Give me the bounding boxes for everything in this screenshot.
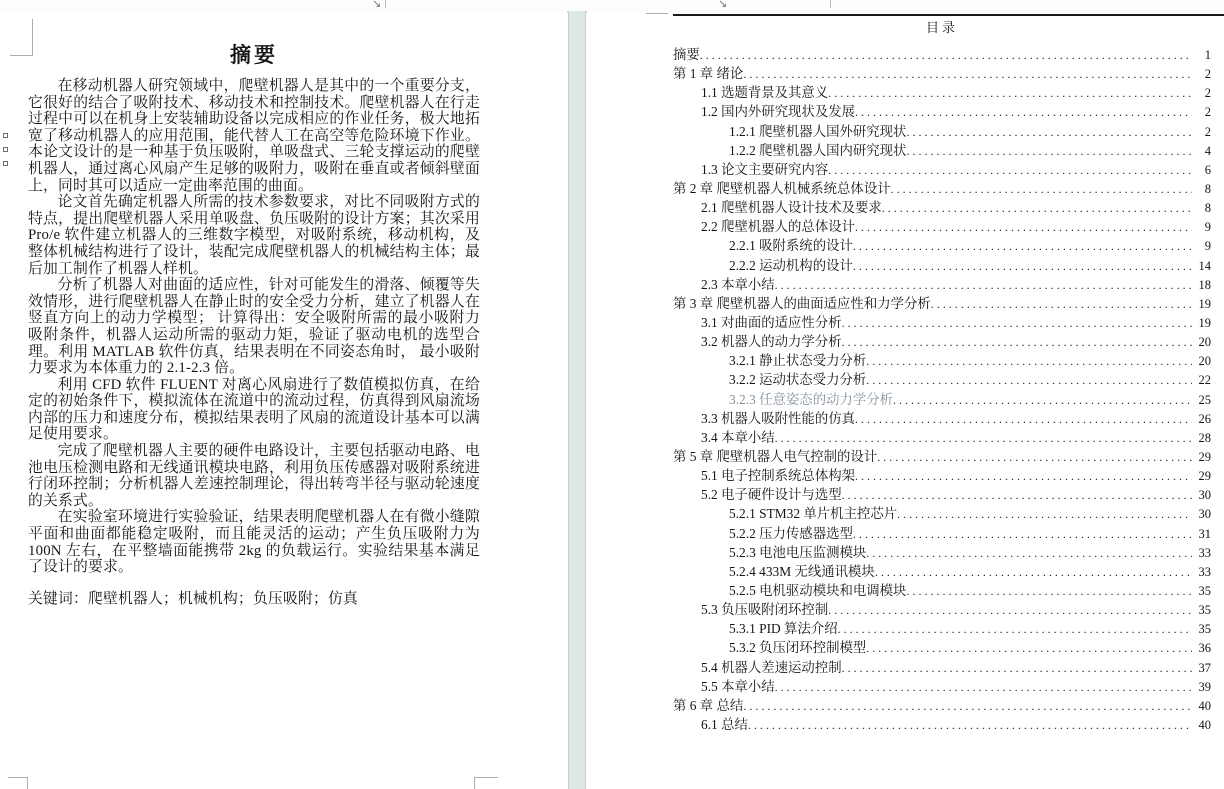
toc-entry-label: 2.2.1 吸附系统的设计 (729, 236, 853, 255)
toc-entry-label: 3.2.2 运动状态受力分析 (729, 370, 866, 389)
toc-entry-label: 2.2 爬壁机器人的总体设计 (701, 217, 855, 236)
toc-dot-leader (828, 84, 1192, 103)
abstract-content: 摘要 在移动机器人研究领域中，爬壁机器人是其中的一个重要分支，它很好的结合了吸附… (28, 29, 480, 607)
toc-entry[interactable]: 2.2.1 吸附系统的设计 9 (673, 236, 1211, 255)
toc-entry-label: 1.2.1 爬壁机器人国外研究现状 (729, 122, 906, 141)
toc-dot-leader (877, 448, 1192, 467)
page-gap (568, 11, 586, 789)
toc-entry-page: 1 (1192, 46, 1211, 65)
toc-title: 目录 (673, 17, 1211, 36)
crop-mark-bottom-right-h (474, 777, 498, 778)
toc-entry[interactable]: 3.2.3 任意姿态的动力学分析 25 (673, 390, 1211, 409)
toc-entry[interactable]: 1.2 国内外研究现状及发展 2 (673, 102, 1211, 121)
toc-dot-leader (838, 620, 1192, 639)
toc-entry[interactable]: 3.3 机器人吸附性能的仿真 26 (673, 409, 1211, 428)
toc-dot-leader (842, 314, 1192, 333)
toc-entry-page: 29 (1192, 448, 1211, 467)
toc-entry-page: 6 (1192, 161, 1211, 180)
toc-entry-label: 5.1 电子控制系统总体构架 (701, 466, 855, 485)
toc-entry-label: 1.3 论文主要研究内容 (701, 160, 828, 179)
toc-entry-page: 28 (1192, 429, 1211, 448)
toc-dot-leader (748, 716, 1192, 735)
toc-dot-leader (931, 295, 1192, 314)
toc-entry-label: 第 3 章 爬壁机器人的曲面适应性和力学分析 (673, 294, 931, 313)
toc-entry[interactable]: 2.2 爬壁机器人的总体设计 9 (673, 217, 1211, 236)
toc-entry-label: 5.2.4 433M 无线通讯模块 (729, 562, 875, 581)
abstract-paragraph: 完成了爬壁机器人主要的硬件电路设计，主要包括驱动电路、电池电压检测电路和无线通讯… (28, 443, 480, 509)
toc-entry-page: 2 (1192, 103, 1211, 122)
toc-entry-page: 33 (1192, 544, 1211, 563)
toc-entry-label: 3.2.1 静止状态受力分析 (729, 351, 866, 370)
toc-entry[interactable]: 5.3.1 PID 算法介绍 35 (673, 619, 1211, 638)
document-canvas: ↘ ↘ 摘要 在移动机器人研究领域中，爬壁机器人是其中的一个重要分支，它很好的结… (0, 0, 1224, 789)
toc-entry[interactable]: 1.1 选题背景及其意义 2 (673, 83, 1211, 102)
abstract-paragraph: 在移动机器人研究领域中，爬壁机器人是其中的一个重要分支，它很好的结合了吸附技术、… (28, 78, 480, 194)
text-boundary-tick (385, 0, 386, 8)
toc-dot-leader (828, 601, 1192, 620)
toc-page[interactable]: 目录 摘要 1 第 1 章 绪论 2 1.1 选题背景及其意义 2 1.2 国内… (587, 11, 1224, 789)
toc-dot-leader (891, 180, 1192, 199)
toc-entry-label: 3.1 对曲面的适应性分析 (701, 313, 842, 332)
crop-mark-top-left-h (646, 13, 668, 14)
toc-entry-label: 3.3 机器人吸附性能的仿真 (701, 409, 855, 428)
toc-dot-leader (775, 276, 1192, 295)
toc-entry[interactable]: 1.2.1 爬壁机器人国外研究现状 2 (673, 122, 1211, 141)
crop-mark-bottom-left-v (27, 777, 28, 789)
toc-entry[interactable]: 第 2 章 爬壁机器人机械系统总体设计 8 (673, 179, 1211, 198)
toc-header-rule (673, 14, 1224, 16)
toc-dot-leader (743, 65, 1192, 84)
toc-entry-label: 5.2.2 压力传感器选型 (729, 524, 853, 543)
toc-entry[interactable]: 第 3 章 爬壁机器人的曲面适应性和力学分析 19 (673, 294, 1211, 313)
toc-entry-page: 31 (1192, 525, 1211, 544)
toc-entry-label: 1.2.2 爬壁机器人国内研究现状 (729, 141, 906, 160)
toc-entry-page: 37 (1192, 659, 1211, 678)
toc-entry-page: 40 (1192, 716, 1211, 735)
toc-entry-label: 3.2.3 任意姿态的动力学分析 (729, 390, 893, 409)
abstract-paragraph: 利用 CFD 软件 FLUENT 对离心风扇进行了数值模拟仿真，在给定的初始条件… (28, 377, 480, 443)
toc-entry[interactable]: 5.3.2 负压闭环控制模型 36 (673, 638, 1211, 657)
toc-entry-page: 30 (1192, 505, 1211, 524)
toc-entry-label: 3.2 机器人的动力学分析 (701, 332, 842, 351)
toc-entry[interactable]: 5.4 机器人差速运动控制 37 (673, 658, 1211, 677)
toc-dot-leader (853, 257, 1192, 276)
toc-entry[interactable]: 5.2.2 压力传感器选型 31 (673, 524, 1211, 543)
toc-dot-leader (743, 697, 1192, 716)
toc-entry-label: 6.1 总结 (701, 715, 748, 734)
toc-entry[interactable]: 第 6 章 总结 40 (673, 696, 1211, 715)
toc-entry[interactable]: 5.2.4 433M 无线通讯模块 33 (673, 562, 1211, 581)
toc-dot-leader (842, 659, 1192, 678)
toc-entry[interactable]: 第 5 章 爬壁机器人电气控制的设计 29 (673, 447, 1211, 466)
toc-entry-label: 1.1 选题背景及其意义 (701, 83, 828, 102)
toc-dot-leader (866, 639, 1192, 658)
page-break-arrow-icon: ↘ (718, 0, 727, 10)
toc-dot-leader (775, 429, 1192, 448)
toc-entry-label: 5.2 电子硬件设计与选型 (701, 485, 842, 504)
toc-entry-page: 26 (1192, 410, 1211, 429)
toc-entry-page: 19 (1192, 295, 1211, 314)
toc-content: 目录 摘要 1 第 1 章 绪论 2 1.1 选题背景及其意义 2 1.2 国内… (673, 14, 1211, 734)
toc-entry[interactable]: 5.1 电子控制系统总体构架 29 (673, 466, 1211, 485)
toc-entry[interactable]: 2.1 爬壁机器人设计技术及要求 8 (673, 198, 1211, 217)
toc-dot-leader (855, 218, 1192, 237)
toc-dot-leader (700, 46, 1192, 65)
abstract-paragraph: 论文首先确定机器人所需的技术参数要求，对比不同吸附方式的特点，提出爬壁机器人采用… (28, 194, 480, 277)
toc-entry-page: 2 (1192, 65, 1211, 84)
toc-entry-label: 第 1 章 绪论 (673, 64, 743, 83)
toc-entry-label: 5.4 机器人差速运动控制 (701, 658, 842, 677)
toc-entry-page: 33 (1192, 563, 1211, 582)
toc-dot-leader (897, 505, 1192, 524)
toc-entry-label: 5.2.5 电机驱动模块和电调模块 (729, 581, 906, 600)
toc-entry-label: 5.3.2 负压闭环控制模型 (729, 638, 866, 657)
toc-entry-page: 9 (1192, 237, 1211, 256)
toc-dot-leader (855, 103, 1192, 122)
toc-dot-leader (853, 525, 1192, 544)
toc-entry[interactable]: 6.1 总结 40 (673, 715, 1211, 734)
toc-dot-leader (775, 678, 1192, 697)
keywords-line: 关键词：爬壁机器人；机械机构；负压吸附；仿真 (28, 591, 480, 608)
toc-entry[interactable]: 1.2.2 爬壁机器人国内研究现状 4 (673, 141, 1211, 160)
toc-entry-label: 第 5 章 爬壁机器人电气控制的设计 (673, 447, 877, 466)
toc-dot-leader (882, 199, 1192, 218)
toc-entry-label: 2.1 爬壁机器人设计技术及要求 (701, 198, 882, 217)
toc-entry[interactable]: 摘要 1 (673, 45, 1211, 64)
anchor-square-icon (3, 133, 8, 138)
toc-dot-leader (828, 161, 1192, 180)
toc-entry-page: 9 (1192, 218, 1211, 237)
toc-entry-page: 18 (1192, 276, 1211, 295)
toc-entry-page: 35 (1192, 582, 1211, 601)
crop-mark-bottom-right-v (474, 777, 475, 789)
toc-list: 摘要 1 第 1 章 绪论 2 1.1 选题背景及其意义 2 1.2 国内外研究… (673, 45, 1211, 734)
toc-entry[interactable]: 第 1 章 绪论 2 (673, 64, 1211, 83)
toc-entry[interactable]: 5.2.1 STM32 单片机主控芯片 30 (673, 504, 1211, 523)
toc-entry-label: 第 2 章 爬壁机器人机械系统总体设计 (673, 179, 891, 198)
toc-dot-leader (875, 563, 1192, 582)
toc-entry-page: 22 (1192, 371, 1211, 390)
toc-entry-page: 30 (1192, 486, 1211, 505)
toc-entry[interactable]: 3.2 机器人的动力学分析 20 (673, 332, 1211, 351)
toc-entry-label: 1.2 国内外研究现状及发展 (701, 102, 855, 121)
toc-entry-label: 5.3 负压吸附闭环控制 (701, 600, 828, 619)
toc-entry-page: 40 (1192, 697, 1211, 716)
toc-entry-page: 29 (1192, 467, 1211, 486)
toc-entry[interactable]: 3.1 对曲面的适应性分析 19 (673, 313, 1211, 332)
toc-entry-page: 35 (1192, 620, 1211, 639)
anchor-square-icon (3, 161, 8, 166)
toc-entry-page: 36 (1192, 639, 1211, 658)
toc-dot-leader (866, 352, 1192, 371)
toc-dot-leader (866, 371, 1192, 390)
toc-entry-page: 25 (1192, 391, 1211, 410)
toc-entry-page: 8 (1192, 180, 1211, 199)
toc-entry[interactable]: 5.2.5 电机驱动模块和电调模块 35 (673, 581, 1211, 600)
toc-entry[interactable]: 1.3 论文主要研究内容 6 (673, 160, 1211, 179)
toc-entry-page: 35 (1192, 601, 1211, 620)
toc-entry[interactable]: 3.2.1 静止状态受力分析 20 (673, 351, 1211, 370)
toc-entry-label: 2.2.2 运动机构的设计 (729, 256, 853, 275)
toc-dot-leader (842, 486, 1192, 505)
toc-entry-label: 2.3 本章小结 (701, 275, 775, 294)
toc-entry-page: 4 (1192, 142, 1211, 161)
toc-dot-leader (842, 333, 1192, 352)
toc-dot-leader (906, 123, 1192, 142)
toc-entry-label: 5.5 本章小结 (701, 677, 775, 696)
toc-dot-leader (866, 544, 1192, 563)
toc-entry-page: 19 (1192, 314, 1211, 333)
toc-entry-page: 39 (1192, 678, 1211, 697)
toc-entry-label: 第 6 章 总结 (673, 696, 743, 715)
toc-entry[interactable]: 3.2.2 运动状态受力分析 22 (673, 370, 1211, 389)
toc-entry-page: 14 (1192, 257, 1211, 276)
abstract-page[interactable]: 摘要 在移动机器人研究领域中，爬壁机器人是其中的一个重要分支，它很好的结合了吸附… (0, 11, 567, 789)
anchor-square-icon (3, 147, 8, 152)
toc-entry[interactable]: 5.2.3 电池电压监测模块 33 (673, 543, 1211, 562)
toc-entry[interactable]: 5.5 本章小结 39 (673, 677, 1211, 696)
toc-entry-page: 20 (1192, 352, 1211, 371)
toc-entry-page: 2 (1192, 123, 1211, 142)
text-boundary-tick (830, 0, 831, 8)
toc-entry-page: 20 (1192, 333, 1211, 352)
toc-entry-label: 5.3.1 PID 算法介绍 (729, 619, 838, 638)
abstract-paragraph: 在实验室环境进行实验验证，结果表明爬壁机器人在有微小缝隙平面和曲面都能稳定吸附，… (28, 509, 480, 575)
toc-dot-leader (893, 391, 1192, 410)
toc-entry[interactable]: 2.2.2 运动机构的设计 14 (673, 256, 1211, 275)
toc-entry[interactable]: 2.3 本章小结 18 (673, 275, 1211, 294)
toc-dot-leader (853, 237, 1192, 256)
page-break-arrow-icon: ↘ (372, 0, 381, 10)
toc-dot-leader (855, 467, 1192, 486)
abstract-title: 摘要 (28, 39, 480, 69)
toc-entry-label: 3.4 本章小结 (701, 428, 775, 447)
toc-entry[interactable]: 3.4 本章小结 28 (673, 428, 1211, 447)
abstract-body: 在移动机器人研究领域中，爬壁机器人是其中的一个重要分支，它很好的结合了吸附技术、… (28, 78, 480, 576)
toc-entry-page: 8 (1192, 199, 1211, 218)
toc-dot-leader (906, 142, 1192, 161)
crop-mark-bottom-left-h (8, 777, 28, 778)
toc-entry[interactable]: 5.3 负压吸附闭环控制 35 (673, 600, 1211, 619)
toc-dot-leader (855, 410, 1192, 429)
toc-entry-label: 5.2.1 STM32 单片机主控芯片 (729, 504, 897, 523)
toc-entry-label: 摘要 (673, 45, 700, 64)
toc-entry-label: 5.2.3 电池电压监测模块 (729, 543, 866, 562)
abstract-paragraph: 分析了机器人对曲面的适应性，针对可能发生的滑落、倾覆等失效情形，进行爬壁机器人在… (28, 277, 480, 377)
toc-dot-leader (906, 582, 1192, 601)
toc-entry[interactable]: 5.2 电子硬件设计与选型 30 (673, 485, 1211, 504)
toc-entry-page: 2 (1192, 84, 1211, 103)
